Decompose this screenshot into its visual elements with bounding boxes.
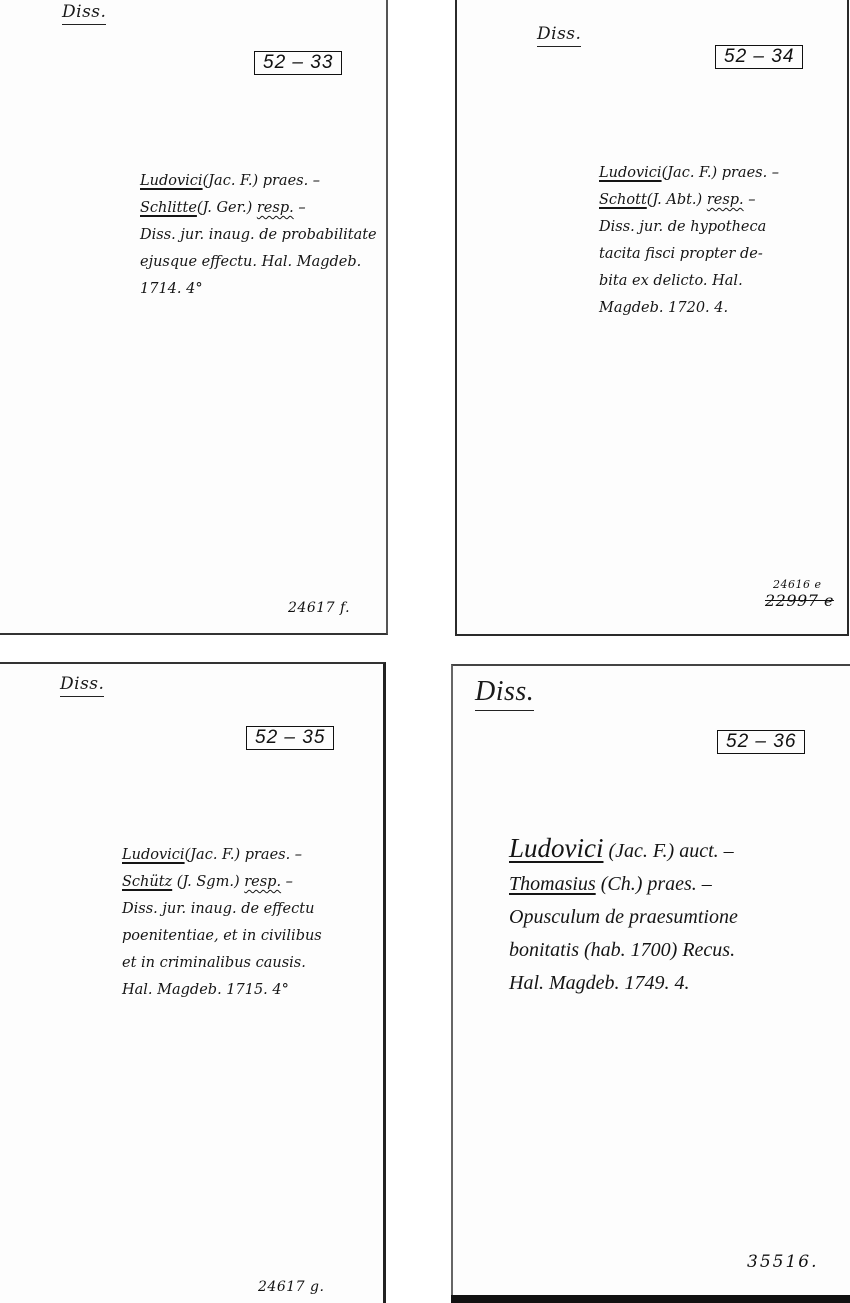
respondent-role: resp.	[707, 192, 744, 208]
entry-line-praeses: Ludovici(Jac. F.) praes. –	[140, 168, 377, 195]
entry-line-respondent: Schlitte(J. Ger.) resp. –	[140, 195, 377, 222]
catalog-card-52-35: Diss. 52 – 35 Ludovici(Jac. F.) praes. –…	[0, 662, 386, 1303]
catalog-entry: Ludovici (Jac. F.) auct. – Thomasius (Ch…	[509, 832, 738, 1000]
entry-line-imprint: Magdeb. 1720. 4.	[599, 295, 779, 322]
author-name: Ludovici	[122, 847, 185, 863]
accession-number: 24617 g.	[258, 1279, 324, 1295]
respondent-name: Schütz	[122, 874, 172, 890]
respondent-name: Schott	[599, 192, 647, 208]
card-heading: Diss.	[60, 674, 104, 697]
entry-line-imprint: Hal. Magdeb. 1715. 4°	[122, 977, 322, 1004]
praeses-role: (Ch.) praes. –	[596, 873, 712, 895]
accession-number: 24617 f.	[288, 600, 350, 616]
entry-line-respondent: Schütz (J. Sgm.) resp. –	[122, 869, 322, 896]
catalog-card-52-33: Diss. 52 – 33 Ludovici(Jac. F.) praes. –…	[0, 0, 388, 635]
entry-line-title: et in criminalibus causis.	[122, 950, 322, 977]
respondent-initials: (J. Ger.)	[197, 200, 257, 216]
entry-line-title: Opusculum de praesumtione	[509, 901, 738, 934]
dash: –	[744, 192, 756, 208]
accession-number: 35516.	[747, 1252, 818, 1272]
entry-line-title: ejusque effectu. Hal. Magdeb.	[140, 249, 377, 276]
respondent-role: resp.	[257, 200, 294, 216]
dash: –	[294, 200, 306, 216]
author-role: (Jac. F.) praes. –	[203, 173, 320, 189]
author-name: Ludovici	[599, 165, 662, 181]
entry-line-title: bonitatis (hab. 1700) Recus.	[509, 934, 738, 967]
author-name: Ludovici	[509, 833, 604, 863]
entry-line-praeses: Thomasius (Ch.) praes. –	[509, 868, 738, 901]
catalog-card-52-34: Diss. 52 – 34 Ludovici(Jac. F.) praes. –…	[455, 0, 849, 636]
entry-line-title: Diss. jur. inaug. de probabilitate	[140, 222, 377, 249]
author-name: Ludovici	[140, 173, 203, 189]
entry-line-imprint: Hal. Magdeb. 1749. 4.	[509, 967, 738, 1000]
card-heading: Diss.	[537, 24, 581, 47]
entry-line-title: Diss. jur. inaug. de effectu	[122, 896, 322, 923]
entry-line-title: bita ex delicto. Hal.	[599, 268, 779, 295]
respondent-name: Schlitte	[140, 200, 197, 216]
catalog-entry: Ludovici(Jac. F.) praes. – Schlitte(J. G…	[140, 168, 377, 303]
praeses-name: Thomasius	[509, 873, 596, 895]
catalog-entry: Ludovici(Jac. F.) praes. – Schütz (J. Sg…	[122, 842, 322, 1004]
catalog-card-52-36: Diss. 52 – 36 Ludovici (Jac. F.) auct. –…	[451, 664, 850, 1297]
accession-number-struck: 22997 e	[765, 591, 834, 610]
entry-line-title: poenitentiae, et in civilibus	[122, 923, 322, 950]
entry-line-author: Ludovici (Jac. F.) auct. –	[509, 832, 738, 868]
scan-edge-shadow	[451, 1295, 850, 1303]
entry-line-praeses: Ludovici(Jac. F.) praes. –	[122, 842, 322, 869]
call-number-box: 52 – 36	[717, 730, 805, 754]
card-heading: Diss.	[475, 676, 534, 711]
author-role: (Jac. F.) auct. –	[604, 840, 734, 862]
entry-line-imprint: 1714. 4°	[140, 276, 377, 303]
call-number-box: 52 – 33	[254, 51, 342, 75]
respondent-initials: (J. Sgm.)	[172, 874, 244, 890]
entry-line-praeses: Ludovici(Jac. F.) praes. –	[599, 160, 779, 187]
respondent-role: resp.	[244, 874, 281, 890]
entry-line-respondent: Schott(J. Abt.) resp. –	[599, 187, 779, 214]
author-role: (Jac. F.) praes. –	[185, 847, 302, 863]
accession-number-new: 24616 e	[765, 578, 834, 591]
card-heading: Diss.	[62, 2, 106, 25]
call-number-box: 52 – 34	[715, 45, 803, 69]
call-number-box: 52 – 35	[246, 726, 334, 750]
respondent-initials: (J. Abt.)	[647, 192, 707, 208]
author-role: (Jac. F.) praes. –	[662, 165, 779, 181]
entry-line-title: tacita fisci propter de-	[599, 241, 779, 268]
entry-line-title: Diss. jur. de hypotheca	[599, 214, 779, 241]
catalog-entry: Ludovici(Jac. F.) praes. – Schott(J. Abt…	[599, 160, 779, 322]
dash: –	[281, 874, 293, 890]
accession-number-block: 24616 e 22997 e	[765, 578, 834, 610]
